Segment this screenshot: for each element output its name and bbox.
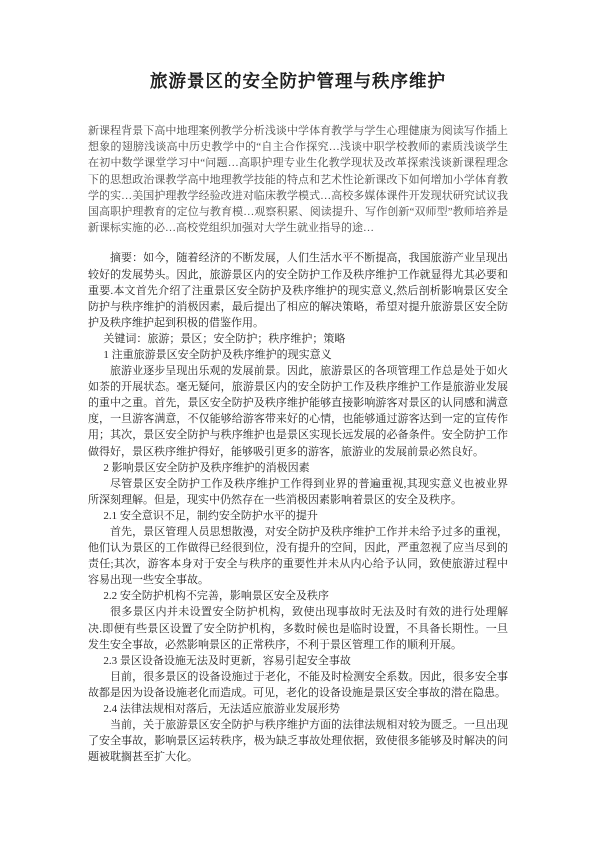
section-heading-2-3: 2.3 景区设备设施无法及时更新，容易引起安全事故 (88, 653, 508, 669)
related-articles-digest: 新课程背景下高中地理案例教学分析浅谈中学体育教学与学生心理健康为阅读写作插上想象… (88, 123, 508, 236)
section-paragraph: 很多景区内并未设置安全防护机构，致使出现事故时无法及时有效的进行处理解决.即便有… (88, 604, 508, 652)
article-title: 旅游景区的安全防护管理与秩序维护 (88, 68, 508, 93)
section-heading-2: 2 影响景区安全防护及秩序维护的消极因素 (88, 460, 508, 476)
keywords-line: 关键词：旅游；景区；安全防护；秩序维护；策略 (88, 331, 508, 347)
section-heading-2-2: 2.2 安全防护机构不完善，影响景区安全及秩序 (88, 588, 508, 604)
section-paragraph: 首先，景区管理人员思想散漫，对安全防护及秩序维护工作并未给予过多的重视，他们认为… (88, 524, 508, 588)
section-heading-1: 1 注重旅游景区安全防护及秩序维护的现实意义 (88, 347, 508, 363)
document-page: 旅游景区的安全防护管理与秩序维护 新课程背景下高中地理案例教学分析浅谈中学体育教… (0, 0, 595, 842)
article-body: 摘要：如今，随着经济的不断发展，人们生活水平不断提高，我国旅游产业呈现出较好的发… (88, 250, 508, 765)
section-paragraph: 当前，关于旅游景区安全防护与秩序维护方面的法律法规相对较为匮乏。一旦出现了安全事… (88, 717, 508, 765)
abstract-paragraph: 摘要：如今，随着经济的不断发展，人们生活水平不断提高，我国旅游产业呈现出较好的发… (88, 250, 508, 330)
section-paragraph: 尽管景区安全防护工作及秩序维护工作得到业界的普遍重视,其现实意义也被业界所深刻理… (88, 476, 508, 508)
section-heading-2-1: 2.1 安全意识不足，制约安全防护水平的提升 (88, 508, 508, 524)
section-paragraph: 旅游业逐步呈现出乐观的发展前景。因此，旅游景区的各项管理工作总是处于如火如荼的开… (88, 363, 508, 460)
section-paragraph: 目前，很多景区的设备设施过于老化，不能及时检测安全系数。因此，很多安全事故都是因… (88, 669, 508, 701)
document-content: 旅游景区的安全防护管理与秩序维护 新课程背景下高中地理案例教学分析浅谈中学体育教… (0, 0, 595, 765)
section-heading-2-4: 2.4 法律法规相对落后，无法适应旅游业发展形势 (88, 701, 508, 717)
